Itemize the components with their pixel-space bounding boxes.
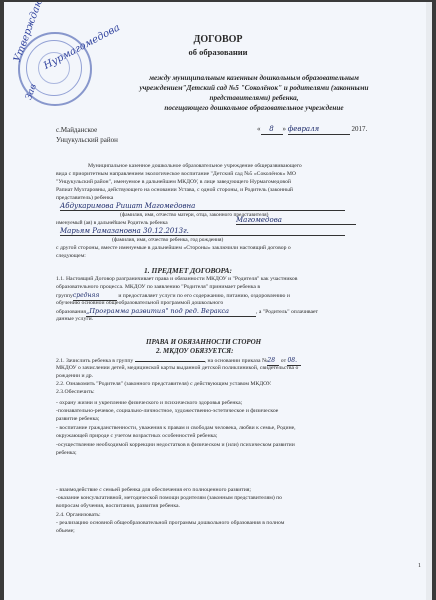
child-name-field: Марьям Рамазановна 30.12.2013г. <box>60 227 345 236</box>
date-day: 8 <box>261 126 283 135</box>
item-2-1-line-3: рождении и др. <box>56 373 93 381</box>
bullet-7-line-2: объеме; <box>56 528 75 536</box>
bullet-6-line-1: -оказание консультативной, методической … <box>56 495 282 503</box>
bullet-3-line-2: окружающей природе с учетом возрастных о… <box>56 433 217 441</box>
child-surname-field: Магомедова <box>236 216 356 225</box>
document-title: ДОГОВОР <box>4 34 432 45</box>
s1-line-5: образования„Программа развития" под ред.… <box>56 308 318 317</box>
bullet-7-line-1: - реализацию основной общеобразовательно… <box>56 520 284 528</box>
section-2-heading: 2. МКДОУ ОБЯЗУЕТСЯ: <box>156 347 233 355</box>
bullet-2-line-1: -познавательно-речевое, социально-личнос… <box>56 408 278 416</box>
item-2-4: 2.4. Организовать: <box>56 512 101 520</box>
item-2-1-line-2: МКДОУ о зачислении детей, медицинской ка… <box>56 365 298 373</box>
closing-line-2: следующем: <box>56 253 86 261</box>
parties-line-2: учреждением"Детский сад №5 "Соколёнок" и… <box>40 84 432 92</box>
item-2-2: 2.2. Ознакомить "Родителя" (законного пр… <box>56 381 271 389</box>
preamble-line-3: "Унцукульский район", именуемое в дальне… <box>56 179 291 187</box>
bullet-6-line-2: вопросам обучения, воспитания, развития … <box>56 503 180 511</box>
contract-date: «8» февраля 2017. <box>257 126 367 135</box>
section-1-heading: 1. ПРЕДМЕТ ДОГОВОРА: <box>144 266 232 275</box>
parties-line-4: посещающего дошкольное образовательное у… <box>40 104 432 112</box>
preamble-line-1: Муниципальное казенное дошкольное образо… <box>88 163 302 171</box>
district: Унцукульский район <box>56 137 118 145</box>
preamble-line-4: Рапиат Мухтаровны, действующего на основ… <box>56 187 293 195</box>
document-subtitle: об образовании <box>4 47 432 57</box>
parties-line-3: представителями) ребенка, <box>40 94 432 102</box>
program-field: „Программа развития" под ред. Веракса <box>86 308 256 317</box>
bullet-2-line-2: развитие ребенка; <box>56 416 99 424</box>
bullet-3-line-1: - воспитание гражданственности, уважения… <box>56 425 296 433</box>
rights-heading: ПРАВА И ОБЯЗАННОСТИ СТОРОН <box>146 338 261 346</box>
s1-line-6: данные услуги. <box>56 316 93 324</box>
parties-line-1: между муниципальным казенным дошкольным … <box>40 74 432 82</box>
date-year: 2017. <box>352 125 368 133</box>
date-month: февраля <box>288 126 350 135</box>
document-page: Утверждаю: Зав Нурмагомедова ДОГОВОР об … <box>4 2 432 600</box>
child-caption: (фамилия, имя, отчество ребенка, год рож… <box>112 237 223 245</box>
s1-line-1: 1.1. Настоящий Договор разграничивает пр… <box>56 276 297 284</box>
closing-line-1: с другой стороны, вместе именуемые в дал… <box>56 245 291 253</box>
s1-line-2: образовательного процесса. МКДОУ по заяв… <box>56 284 260 292</box>
village: с.Майданское <box>56 127 97 135</box>
bullet-1: - охрану жизни и укрепление физического … <box>56 400 242 408</box>
preamble-line-2: вида с приоритетным направлением экологи… <box>56 171 296 179</box>
parent-name-field: Абдукаримова Ришат Магомедовна <box>60 202 345 211</box>
bullet-5: - взаимодействие с семьей ребенка для об… <box>56 487 251 495</box>
bullet-4-line-1: -осуществление необходимой коррекции нед… <box>56 442 295 450</box>
bullet-4-line-2: ребенка; <box>56 450 77 458</box>
item-2-3: 2.3.Обеспечить: <box>56 389 95 397</box>
page-number: 1 <box>418 563 421 569</box>
